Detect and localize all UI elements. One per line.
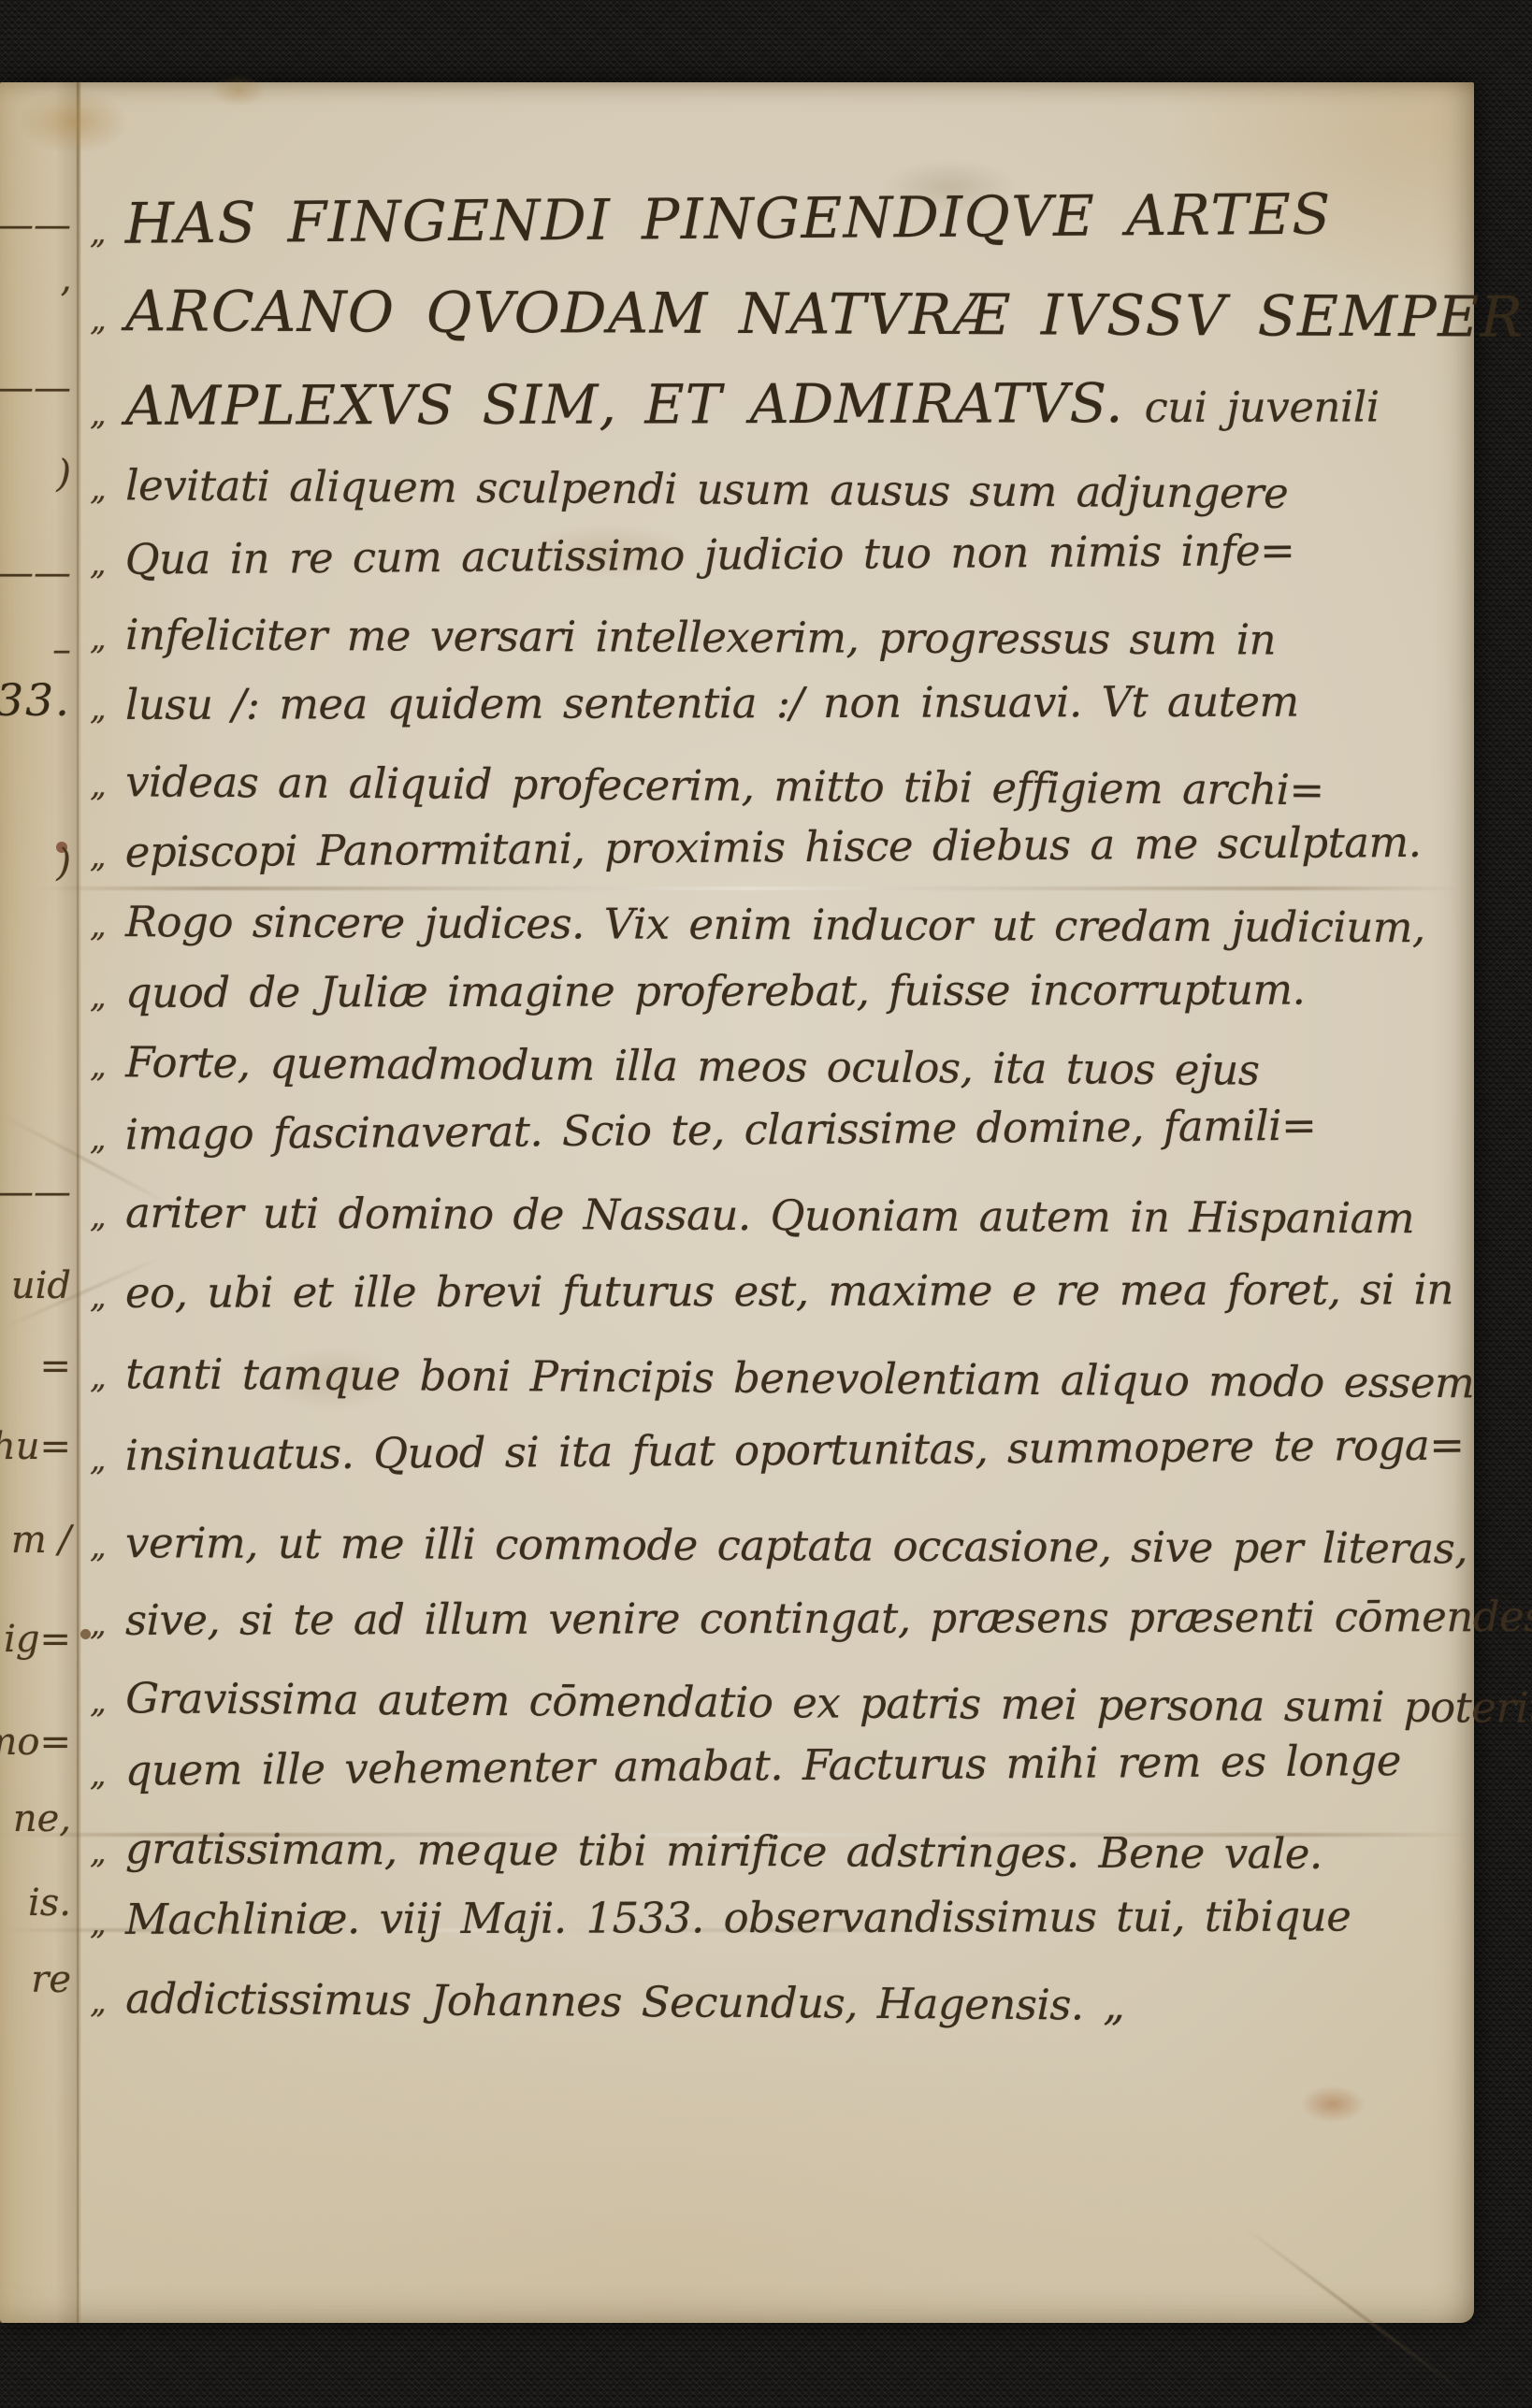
line-text: Forte, quemadmodum illa meos oculos, ita… <box>125 1037 1260 1094</box>
quote-mark: „ <box>90 1606 125 1643</box>
letter-line: „quod de Juliæ imagine proferebat, fuiss… <box>90 965 1306 1017</box>
line-text: eo, ubi et ille brevi futurus est, maxim… <box>125 1264 1453 1318</box>
quote-mark: „ <box>90 1047 125 1085</box>
line-text: Rogo sincere judices. Vix enim inducor u… <box>125 897 1425 952</box>
quote-mark: „ <box>90 907 125 944</box>
quote-mark: „ <box>90 1198 125 1235</box>
letter-line: „quem ille vehementer amabat. Facturus m… <box>90 1736 1401 1795</box>
letter-line: „HAS FINGENDI PINGENDIQVE ARTES <box>89 182 1332 257</box>
letter-line: „addictissimus Johannes Secundus, Hagens… <box>90 1973 1125 2030</box>
line-text: videas an aliquid profecerim, mitto tibi… <box>125 757 1324 815</box>
quote-mark: „ <box>90 1359 125 1396</box>
line-text: verim, ut me illi commode captata occasi… <box>125 1518 1467 1573</box>
quote-mark: „ <box>90 620 125 657</box>
quote-mark: „ <box>90 1278 125 1316</box>
letter-line: „lusu /: mea quidem sententia :/ non ins… <box>90 677 1299 729</box>
letter-line: „videas an aliquid profecerim, mitto tib… <box>90 757 1324 815</box>
quote-mark: „ <box>90 838 125 875</box>
line-text: imago fascinaverat. Scio te, clarissime … <box>125 1101 1317 1160</box>
line-text: HAS FINGENDI PINGENDIQVE ARTES <box>124 182 1332 257</box>
line-text: Qua in re cum acutissimo judicio tuo non… <box>125 526 1295 584</box>
letter-line: „sive, si te ad illum venire contingat, … <box>90 1592 1532 1645</box>
letter-line: „gratissimam, meque tibi mirifice adstri… <box>90 1824 1322 1879</box>
quote-mark: „ <box>90 690 125 728</box>
line-text: AMPLEXVS SIM, ET ADMIRATVS. <box>125 371 1124 438</box>
letter-line: „Forte, quemadmodum illa meos oculos, it… <box>90 1037 1260 1095</box>
letter-line: „levitati aliquem sculpendi usum ausus s… <box>90 460 1288 518</box>
quote-mark: „ <box>90 767 125 804</box>
line-text: levitati aliquem sculpendi usum ausus su… <box>125 460 1288 518</box>
quote-mark: „ <box>90 301 125 339</box>
letter-line: „episcopi Panormitani, proximis hisce di… <box>90 817 1422 877</box>
letter-line: „insinuatus. Quod si ita fuat oportunita… <box>90 1420 1465 1480</box>
letter-line: „ariter uti domino de Nassau. Quoniam au… <box>90 1188 1414 1243</box>
letter-line: „verim, ut me illi commode captata occas… <box>90 1518 1467 1573</box>
letter-line: „Machliniæ. viij Maji. 1533. observandis… <box>90 1891 1351 1944</box>
quote-mark: „ <box>90 396 125 433</box>
quote-mark: „ <box>90 1120 125 1158</box>
letter-line: „ARCANO QVODAM NATVRÆ IVSSV SEMPER <box>90 279 1524 351</box>
line-text: episcopi Panormitani, proximis hisce die… <box>125 817 1422 877</box>
quote-mark: „ <box>90 1756 125 1794</box>
letter-line: „infeliciter me versari intellexerim, pr… <box>90 610 1276 665</box>
line-text: Machliniæ. viij Maji. 1533. observandiss… <box>125 1891 1351 1943</box>
quote-mark: „ <box>90 1683 125 1721</box>
letter-text: „HAS FINGENDI PINGENDIQVE ARTES „ARCANO … <box>0 0 1532 2408</box>
line-text: addictissimus Johannes Secundus, Hagensi… <box>125 1973 1125 2029</box>
manuscript-scan: { "document_kind": "Handwritten Latin le… <box>0 0 1532 2408</box>
letter-line: „Gravissima autem cōmendatio ex patris m… <box>90 1673 1532 1733</box>
line-text: quem ille vehementer amabat. Facturus mi… <box>125 1736 1401 1795</box>
letter-line: „Rogo sincere judices. Vix enim inducor … <box>90 897 1425 952</box>
line-text: sive, si te ad illum venire contingat, p… <box>125 1592 1532 1645</box>
letter-line: „imago fascinaverat. Scio te, clarissime… <box>90 1101 1317 1160</box>
quote-mark: „ <box>90 545 125 583</box>
quote-mark: „ <box>90 1905 125 1942</box>
line-text: Gravissima autem cōmendatio ex patris me… <box>125 1673 1532 1733</box>
line-text: infeliciter me versari intellexerim, pro… <box>125 610 1276 664</box>
line-text: ARCANO QVODAM NATVRÆ IVSSV SEMPER <box>125 279 1524 351</box>
line-text: quod de Juliæ imagine proferebat, fuisse… <box>125 965 1306 1017</box>
line-text: insinuatus. Quod si ita fuat oportunitas… <box>125 1420 1465 1479</box>
line-text: cui juvenili <box>1144 382 1379 432</box>
quote-mark: „ <box>90 1834 125 1871</box>
letter-line: „Qua in re cum acutissimo judicio tuo no… <box>90 526 1295 584</box>
line-text: ariter uti domino de Nassau. Quoniam aut… <box>125 1188 1414 1243</box>
line-text: gratissimam, meque tibi mirifice adstrin… <box>125 1824 1322 1879</box>
quote-mark: „ <box>90 470 125 508</box>
line-text: tanti tamque boni Principis benevolentia… <box>125 1348 1474 1407</box>
quote-mark: „ <box>90 978 125 1016</box>
quote-mark: „ <box>90 1983 125 2021</box>
letter-line: „tanti tamque boni Principis benevolenti… <box>90 1348 1474 1407</box>
quote-mark: „ <box>90 1528 125 1565</box>
quote-mark: „ <box>90 214 125 252</box>
letter-line: „eo, ubi et ille brevi futurus est, maxi… <box>90 1264 1453 1318</box>
quote-mark: „ <box>90 1441 125 1478</box>
letter-line: „AMPLEXVS SIM, ET ADMIRATVS.cui juvenili <box>90 370 1380 438</box>
line-text: lusu /: mea quidem sententia :/ non insu… <box>125 677 1299 729</box>
